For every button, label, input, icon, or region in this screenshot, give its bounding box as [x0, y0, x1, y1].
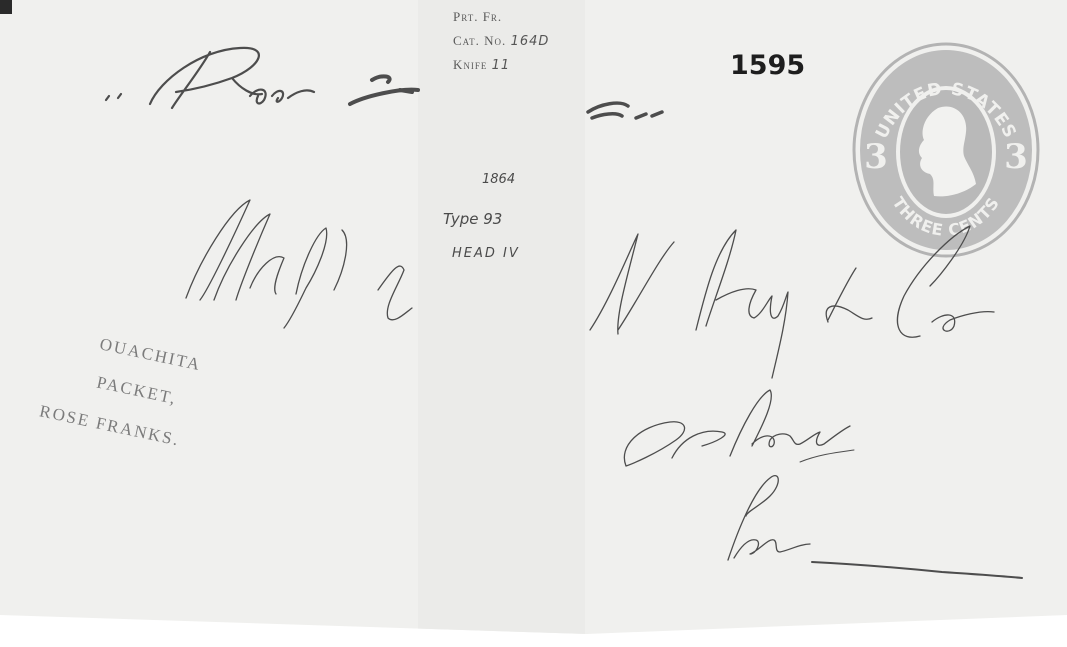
handwritten-script: [0, 0, 1067, 634]
address-mess: [186, 200, 347, 328]
address-merrill-hay-co: [378, 226, 994, 378]
stray-pen-mark: [80, 620, 100, 630]
envelope: Prt. Fr. Cat. No. 164D Knife 11 1864 Typ…: [0, 0, 1067, 634]
address-orleans: [624, 390, 854, 466]
address-la: [728, 476, 1022, 578]
endorsement-rose-franks: [106, 48, 662, 118]
